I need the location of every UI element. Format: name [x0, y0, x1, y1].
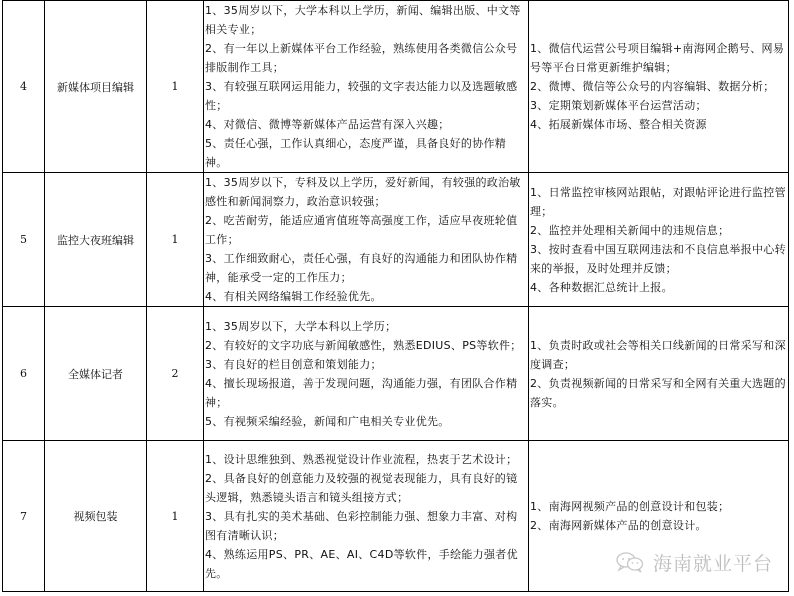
requirements-list: 1、35周岁以下，专科及以上学历，爱好新闻，有较强的政治敏感性和新闻洞察力，政治… — [204, 173, 528, 306]
duty-item: 4、拓展新媒体市场、整合相关资源 — [530, 115, 786, 134]
requirements-cell: 1、设计思维独到、熟悉视觉设计作业流程，热衷于艺术设计； 2、具备良好的创意能力… — [204, 441, 529, 592]
duty-item: 3、定期策划新媒体平台运营活动； — [530, 96, 786, 115]
duty-item: 1、南海网视频产品的创意设计和包装； — [530, 497, 786, 516]
duties-list: 1、微信代运营公号项目编辑+南海网企鹅号、网易号等平台日常更新维护编辑； 2、微… — [529, 39, 788, 134]
duty-item: 2、监控并处理相关新闻中的违规信息； — [530, 221, 786, 240]
table-row: 6 全媒体记者 2 1、35周岁以下，大学本科以上学历； 2、有较好的文字功底与… — [3, 307, 789, 441]
requirement-item: 4、熟练运用PS、PR、AE、AI、C4D等软件，手绘能力强者优先。 — [205, 545, 526, 583]
duty-item: 2、微博、微信等公众号的内容编辑、数据分析； — [530, 77, 786, 96]
requirement-item: 3、有良好的栏目创意和策划能力； — [205, 355, 526, 374]
row-number: 4 — [3, 1, 45, 173]
headcount: 1 — [147, 173, 204, 307]
requirement-item: 2、有较好的文字功底与新闻敏感性，熟悉EDIUS、PS等软件； — [205, 336, 526, 355]
requirement-item: 1、35周岁以下，专科及以上学历，爱好新闻，有较强的政治敏感性和新闻洞察力，政治… — [205, 173, 526, 211]
requirement-item: 1、35周岁以下，大学本科以上学历； — [205, 317, 526, 336]
requirement-item: 4、对微信、微博等新媒体产品运营有深入兴趣； — [205, 115, 526, 134]
wechat-icon — [615, 551, 645, 573]
duty-item: 3、按时查看中国互联网违法和不良信息举报中心转来的举报，及时处理并反馈； — [530, 240, 786, 278]
duties-cell: 1、微信代运营公号项目编辑+南海网企鹅号、网易号等平台日常更新维护编辑； 2、微… — [529, 1, 789, 173]
requirements-cell: 1、35周岁以下，大学本科以上学历； 2、有较好的文字功底与新闻敏感性，熟悉ED… — [204, 307, 529, 441]
duties-list: 1、南海网视频产品的创意设计和包装； 2、南海网新媒体产品的创意设计。 — [529, 497, 788, 535]
headcount: 1 — [147, 1, 204, 173]
table-row: 5 监控大夜班编辑 1 1、35周岁以下，专科及以上学历，爱好新闻，有较强的政治… — [3, 173, 789, 307]
position-title: 视频包装 — [45, 441, 147, 592]
requirement-item: 1、35周岁以下，大学本科以上学历，新闻、编辑出版、中文等相关专业； — [205, 1, 526, 39]
requirements-list: 1、35周岁以下，大学本科以上学历，新闻、编辑出版、中文等相关专业； 2、有一年… — [204, 1, 528, 172]
row-number: 7 — [3, 441, 45, 592]
position-title: 新媒体项目编辑 — [45, 1, 147, 173]
requirement-item: 3、具有扎实的美术基础、色彩控制能力强、想象力丰富、对构图有清晰认识； — [205, 507, 526, 545]
duty-item: 1、负责时政或社会等相关口线新闻的日常采写和深度调查； — [530, 336, 786, 374]
job-listing-table: 4 新媒体项目编辑 1 1、35周岁以下，大学本科以上学历，新闻、编辑出版、中文… — [2, 0, 789, 592]
requirement-item: 5、责任心强，工作认真细心，态度严谨，具备良好的协作精神。 — [205, 134, 526, 172]
row-number: 5 — [3, 173, 45, 307]
duty-item: 1、日常监控审核网站跟帖，对跟帖评论进行监控管理； — [530, 183, 786, 221]
watermark: 海南就业平台 — [615, 549, 773, 575]
requirement-item: 1、设计思维独到、熟悉视觉设计作业流程，热衷于艺术设计； — [205, 450, 526, 469]
table-row: 4 新媒体项目编辑 1 1、35周岁以下，大学本科以上学历，新闻、编辑出版、中文… — [3, 1, 789, 173]
duty-item: 2、南海网新媒体产品的创意设计。 — [530, 516, 786, 535]
duties-list: 1、日常监控审核网站跟帖，对跟帖评论进行监控管理； 2、监控并处理相关新闻中的违… — [529, 183, 788, 297]
row-number: 6 — [3, 307, 45, 441]
requirements-list: 1、35周岁以下，大学本科以上学历； 2、有较好的文字功底与新闻敏感性，熟悉ED… — [204, 317, 528, 431]
duties-list: 1、负责时政或社会等相关口线新闻的日常采写和深度调查； 2、负责视频新闻的日常采… — [529, 336, 788, 412]
requirement-item: 4、擅长现场报道，善于发现问题，沟通能力强，有团队合作精神； — [205, 374, 526, 412]
duty-item: 4、各种数据汇总统计上报。 — [530, 278, 786, 297]
requirements-cell: 1、35周岁以下，大学本科以上学历，新闻、编辑出版、中文等相关专业； 2、有一年… — [204, 1, 529, 173]
watermark-text: 海南就业平台 — [653, 549, 773, 576]
requirements-cell: 1、35周岁以下，专科及以上学历，爱好新闻，有较强的政治敏感性和新闻洞察力，政治… — [204, 173, 529, 307]
position-title: 全媒体记者 — [45, 307, 147, 441]
requirement-item: 5、有视频采编经验，新闻和广电相关专业优先。 — [205, 412, 526, 431]
duty-item: 1、微信代运营公号项目编辑+南海网企鹅号、网易号等平台日常更新维护编辑； — [530, 39, 786, 77]
position-title: 监控大夜班编辑 — [45, 173, 147, 307]
requirements-list: 1、设计思维独到、熟悉视觉设计作业流程，热衷于艺术设计； 2、具备良好的创意能力… — [204, 450, 528, 583]
requirement-item: 2、具备良好的创意能力及较强的视觉表现能力，具有良好的镜头逻辑，熟悉镜头语言和镜… — [205, 469, 526, 507]
duties-cell: 1、日常监控审核网站跟帖，对跟帖评论进行监控管理； 2、监控并处理相关新闻中的违… — [529, 173, 789, 307]
requirement-item: 3、工作细致耐心，责任心强，有良好的沟通能力和团队协作精神，能承受一定的工作压力… — [205, 249, 526, 287]
headcount: 2 — [147, 307, 204, 441]
duty-item: 2、负责视频新闻的日常采写和全网有关重大选题的落实。 — [530, 374, 786, 412]
headcount: 1 — [147, 441, 204, 592]
requirement-item: 2、有一年以上新媒体平台工作经验，熟练使用各类微信公众号排版制作工具； — [205, 39, 526, 77]
duties-cell: 1、负责时政或社会等相关口线新闻的日常采写和深度调查； 2、负责视频新闻的日常采… — [529, 307, 789, 441]
requirement-item: 4、有相关网络编辑工作经验优先。 — [205, 287, 526, 306]
requirement-item: 3、有较强互联网运用能力，较强的文字表达能力以及选题敏感性； — [205, 77, 526, 115]
requirement-item: 2、吃苦耐劳，能适应通宵值班等高强度工作，适应早夜班轮值工作； — [205, 211, 526, 249]
